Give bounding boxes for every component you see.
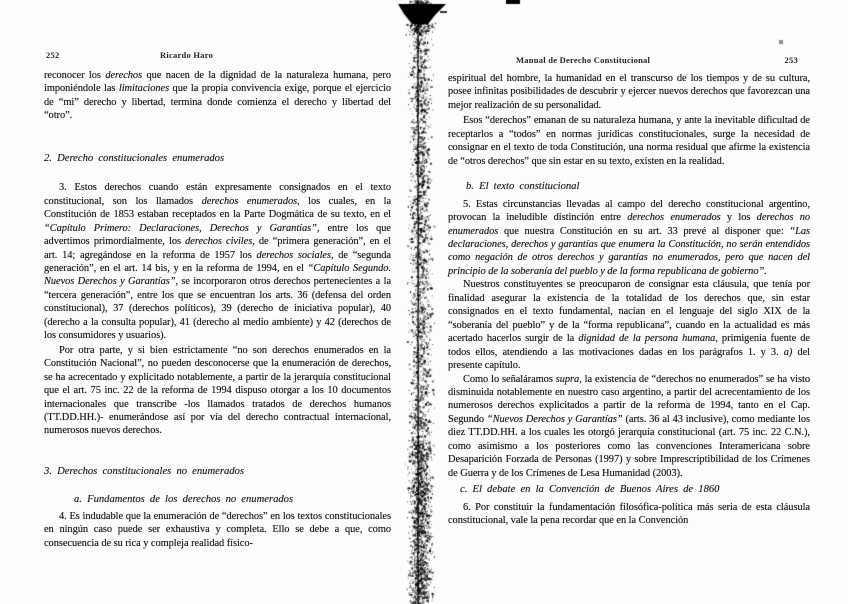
paragraph: 6. Por constituir la fundamentación filo… bbox=[448, 501, 810, 528]
italic-text-run: derechos civiles bbox=[185, 236, 252, 247]
text-run: y los bbox=[721, 212, 757, 223]
italic-text-run: limitaciones bbox=[119, 83, 169, 94]
italic-text-run: supra bbox=[556, 374, 579, 385]
italic-text-run: derechos bbox=[105, 70, 142, 81]
page-right: Manual de Derecho Constitucional 253 esp… bbox=[448, 55, 810, 528]
paragraph: Por otra parte, y si bien estrictamente … bbox=[44, 344, 391, 438]
paragraph: 4. Es indudable que la enumeración de “d… bbox=[44, 510, 391, 550]
subsection-heading: c. El debate en la Convención de Buenos … bbox=[460, 483, 810, 496]
italic-text-run: dignidad de la persona humana bbox=[578, 333, 715, 344]
page-number-left: 252 bbox=[46, 50, 60, 60]
paragraph: Como lo señaláramos supra, la existencia… bbox=[448, 373, 810, 481]
text-run: Esos “derechos” emanan de su naturaleza … bbox=[448, 115, 810, 166]
italic-text-run: derechos enumerados bbox=[202, 196, 298, 207]
italic-text-run: c. El debate en la Convención de Buenos … bbox=[460, 484, 719, 495]
running-title-right: Manual de Derecho Constitucional bbox=[516, 55, 650, 65]
page-number-right: 253 bbox=[785, 55, 799, 65]
paragraph: reconocer los derechos que nacen de la d… bbox=[44, 69, 391, 123]
page-right-body: espiritual del hombre, la humanidad en e… bbox=[448, 72, 810, 528]
page-left: 252 Ricardo Haro reconocer los derechos … bbox=[44, 50, 391, 550]
section-heading: 2. Derecho constitucionales enumerados bbox=[44, 152, 391, 165]
section-heading: 3. Derechos constitucionales no enumerad… bbox=[44, 465, 391, 478]
text-run: espiritual del hombre, la humanidad en e… bbox=[448, 73, 810, 111]
paragraph: 5. Estas circunstancias llevadas al camp… bbox=[448, 198, 810, 279]
italic-text-run: derechos enumerados bbox=[627, 212, 720, 223]
italic-text-run: “Capítulo Primero: Declaraciones, Derech… bbox=[44, 223, 317, 234]
italic-text-run: derechos sociales bbox=[256, 250, 331, 261]
italic-text-run: b. El texto constitucional bbox=[466, 181, 579, 192]
paragraph: 3. Estos derechos cuando están expresame… bbox=[44, 181, 391, 342]
page-right-header: Manual de Derecho Constitucional 253 bbox=[448, 55, 810, 67]
paragraph: Esos “derechos” emanan de su naturaleza … bbox=[448, 114, 810, 168]
text-run: que nuestra Constitución en su art. 33 p… bbox=[498, 226, 789, 237]
text-run: Como lo señaláramos bbox=[463, 374, 556, 385]
running-title-left: Ricardo Haro bbox=[160, 50, 213, 60]
italic-text-run: “Nuevos Derechos y Garantías” bbox=[487, 414, 623, 425]
text-run: reconocer los bbox=[44, 70, 105, 81]
subsection-heading: a. Fundamentos de los derechos no enumer… bbox=[74, 493, 391, 506]
text-run: Por otra parte, y si bien estrictamente … bbox=[44, 345, 391, 437]
italic-text-run: 2. Derecho constitucionales enumerados bbox=[44, 153, 224, 164]
paragraph: espiritual del hombre, la humanidad en e… bbox=[448, 72, 810, 112]
text-run: 6. Por constituir la fundamentación filo… bbox=[448, 502, 810, 526]
page-left-header: 252 Ricardo Haro bbox=[44, 50, 391, 62]
text-run: 4. Es indudable que la enumeración de “d… bbox=[44, 511, 391, 549]
page-left-body: reconocer los derechos que nacen de la d… bbox=[44, 69, 391, 550]
subsection-heading: b. El texto constitucional bbox=[466, 180, 810, 193]
paragraph: Nuestros constituyentes se preocuparon d… bbox=[448, 278, 810, 372]
italic-text-run: 3. Derechos constitucionales no enumerad… bbox=[44, 466, 244, 477]
italic-text-run: a. Fundamentos de los derechos no enumer… bbox=[74, 494, 293, 505]
